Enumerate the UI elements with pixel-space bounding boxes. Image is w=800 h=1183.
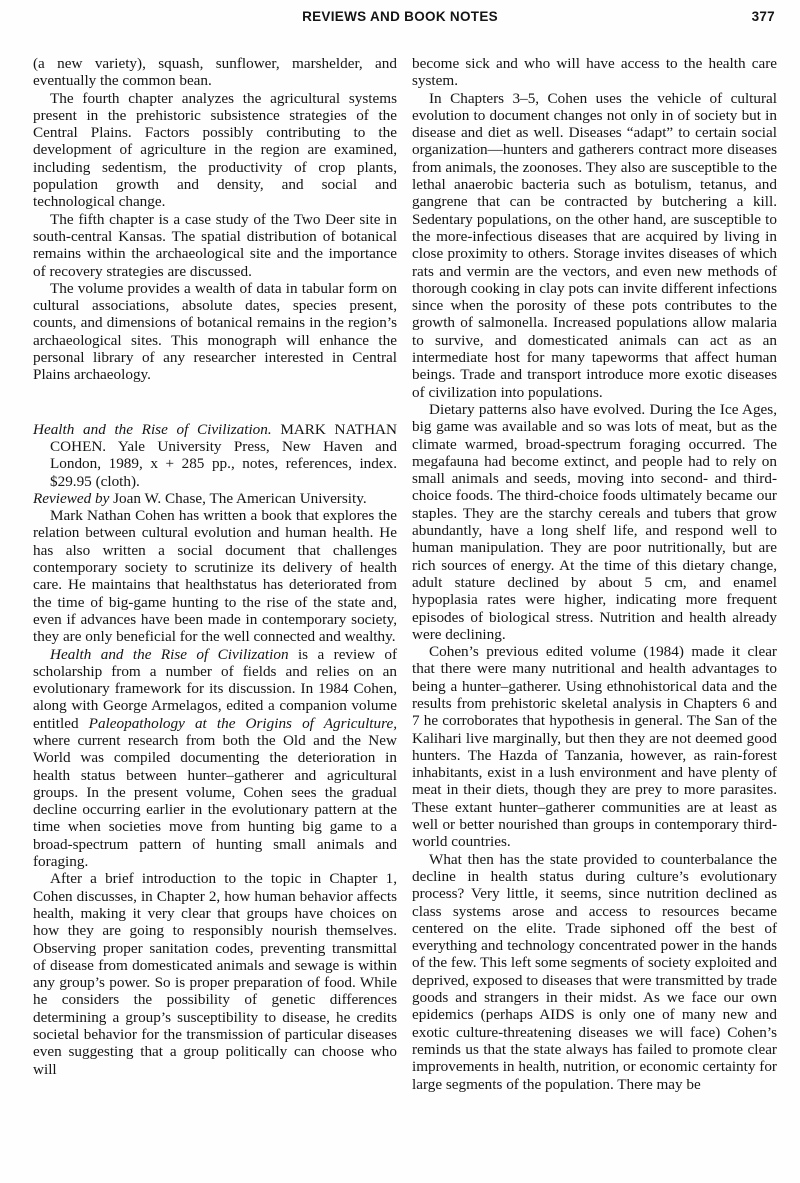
- reviewed-by-line: Reviewed by Joan W. Chase, The American …: [33, 490, 397, 507]
- two-column-text: (a new variety), squash, sunflower, mars…: [33, 55, 777, 1093]
- paragraph: What then has the state provided to coun…: [412, 851, 777, 1093]
- reviewer-name: Joan W. Chase, The American University.: [109, 490, 366, 507]
- paragraph-continuation: (a new variety), squash, sunflower, mars…: [33, 55, 397, 90]
- paragraph: Mark Nathan Cohen has written a book tha…: [33, 507, 397, 645]
- left-column: (a new variety), squash, sunflower, mars…: [33, 55, 397, 1093]
- book-title-mention: Health and the Rise of Civilization: [50, 646, 289, 663]
- paragraph: After a brief introduction to the topic …: [33, 870, 397, 1078]
- paragraph: In Chapters 3–5, Cohen uses the vehicle …: [412, 90, 777, 401]
- running-head-title: REVIEWS AND BOOK NOTES: [302, 9, 498, 24]
- paragraph: The fourth chapter analyzes the agricult…: [33, 90, 397, 211]
- page-number: 377: [752, 9, 775, 24]
- reviewed-by-label: Reviewed by: [33, 490, 109, 507]
- right-column: become sick and who will have access to …: [412, 55, 777, 1093]
- book-citation: Health and the Rise of Civilization. MAR…: [33, 421, 397, 490]
- paragraph-text: where current research from both the Old…: [33, 732, 397, 870]
- book-title-mention: Paleopathology at the Origins of Agricul…: [89, 715, 397, 732]
- paragraph: Health and the Rise of Civilization is a…: [33, 646, 397, 871]
- page-header: REVIEWS AND BOOK NOTES 377: [0, 9, 800, 29]
- book-title: Health and the Rise of Civilization.: [33, 421, 272, 438]
- paragraph: Dietary patterns also have evolved. Duri…: [412, 401, 777, 643]
- paragraph: Cohen’s previous edited volume (1984) ma…: [412, 643, 777, 851]
- paragraph-continuation: become sick and who will have access to …: [412, 55, 777, 90]
- journal-page: REVIEWS AND BOOK NOTES 377 (a new variet…: [0, 0, 800, 1183]
- paragraph: The fifth chapter is a case study of the…: [33, 211, 397, 280]
- paragraph: The volume provides a wealth of data in …: [33, 280, 397, 384]
